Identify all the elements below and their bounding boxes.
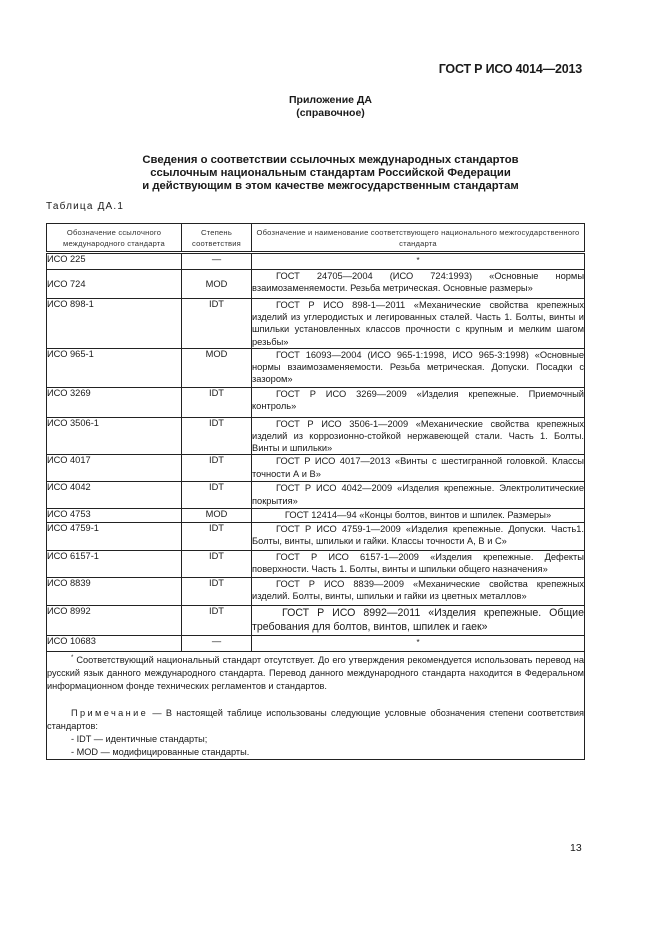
footnote-mark: *	[71, 655, 73, 661]
iso-cell: ИСО 3506-1	[47, 417, 182, 455]
iso-cell: ИСО 724	[47, 270, 182, 299]
table-row: ИСО 3506-1 IDT ГОСТ Р ИСО 3506-1—2009 «М…	[47, 417, 585, 455]
table-row: ИСО 225 — *	[47, 253, 585, 270]
iso-cell: ИСО 4759-1	[47, 522, 182, 550]
iso-cell: ИСО 8839	[47, 577, 182, 605]
column-header-degree: Степень соответствия	[182, 224, 252, 253]
table-row: ИСО 898-1 IDT ГОСТ Р ИСО 898-1—2011 «Мех…	[47, 299, 585, 349]
table-row: ИСО 4017 IDT ГОСТ Р ИСО 4017—2013 «Винты…	[47, 455, 585, 482]
degree-cell: MOD	[182, 348, 252, 387]
iso-cell: ИСО 965-1	[47, 348, 182, 387]
footnote-text: Соответствующий национальный стандарт от…	[47, 655, 584, 691]
iso-cell: ИСО 3269	[47, 387, 182, 417]
iso-cell: ИСО 8992	[47, 605, 182, 635]
legend-item-idt: - IDT — идентичные стандарты;	[47, 733, 584, 746]
degree-cell: IDT	[182, 387, 252, 417]
national-cell: ГОСТ Р ИСО 6157-1—2009 «Изделия крепежны…	[252, 550, 585, 577]
iso-cell: ИСО 4042	[47, 482, 182, 509]
table-row: ИСО 6157-1 IDT ГОСТ Р ИСО 6157-1—2009 «И…	[47, 550, 585, 577]
national-cell: ГОСТ 16093—2004 (ИСО 965-1:1998, ИСО 965…	[252, 348, 585, 387]
table-row: ИСО 3269 IDT ГОСТ Р ИСО 3269—2009 «Издел…	[47, 387, 585, 417]
degree-cell: IDT	[182, 605, 252, 635]
degree-cell: MOD	[182, 270, 252, 299]
national-cell: ГОСТ Р ИСО 898-1—2011 «Механические свой…	[252, 299, 585, 349]
title-line: и действующим в этом качестве межгосудар…	[0, 180, 661, 193]
national-cell: ГОСТ Р ИСО 3506-1—2009 «Механические сво…	[252, 417, 585, 455]
annex-heading: Приложение ДА (справочное)	[0, 94, 661, 120]
iso-cell: ИСО 4017	[47, 455, 182, 482]
national-cell: ГОСТ Р ИСО 4759-1—2009 «Изделия крепежны…	[252, 522, 585, 550]
degree-cell: IDT	[182, 577, 252, 605]
column-header-national: Обозначение и наименование соответствующ…	[252, 224, 585, 253]
note-label: Примечание	[71, 708, 148, 718]
table-label: Таблица ДА.1	[46, 201, 124, 212]
degree-cell: IDT	[182, 550, 252, 577]
degree-cell: MOD	[182, 509, 252, 522]
degree-cell: IDT	[182, 455, 252, 482]
national-cell: ГОСТ 24705—2004 (ИСО 724:1993) «Основные…	[252, 270, 585, 299]
national-cell: *	[252, 253, 585, 270]
table-row: ИСО 4759-1 IDT ГОСТ Р ИСО 4759-1—2009 «И…	[47, 522, 585, 550]
table-row: ИСО 4753 MOD ГОСТ 12414—94 «Концы болтов…	[47, 509, 585, 522]
footnote: * Соответствующий национальный стандарт …	[47, 652, 584, 693]
iso-cell: ИСО 898-1	[47, 299, 182, 349]
degree-cell: —	[182, 635, 252, 651]
note: Примечание — В настоящей таблице использ…	[47, 707, 584, 733]
national-cell: *	[252, 635, 585, 651]
annex-title: Приложение ДА	[0, 94, 661, 107]
title-line: ссылочным национальным стандартам Россий…	[0, 167, 661, 180]
section-title: Сведения о соответствии ссылочных междун…	[0, 154, 661, 193]
page-number: 13	[570, 842, 582, 854]
degree-cell: IDT	[182, 522, 252, 550]
table-row: ИСО 8992 IDT ГОСТ Р ИСО 8992—2011 «Издел…	[47, 605, 585, 635]
title-line: Сведения о соответствии ссылочных междун…	[0, 154, 661, 167]
national-cell: ГОСТ Р ИСО 8839—2009 «Механические свойс…	[252, 577, 585, 605]
correspondence-table: Обозначение ссылочного международного ст…	[46, 223, 585, 760]
degree-cell: IDT	[182, 482, 252, 509]
iso-cell: ИСО 10683	[47, 635, 182, 651]
document-code: ГОСТ Р ИСО 4014—2013	[439, 62, 582, 76]
column-header-iso: Обозначение ссылочного международного ст…	[47, 224, 182, 253]
table-row: ИСО 4042 IDT ГОСТ Р ИСО 4042—2009 «Издел…	[47, 482, 585, 509]
national-cell: ГОСТ Р ИСО 8992—2011 «Изделия крепежные.…	[252, 605, 585, 635]
degree-cell: —	[182, 253, 252, 270]
iso-cell: ИСО 225	[47, 253, 182, 270]
iso-cell: ИСО 4753	[47, 509, 182, 522]
national-cell: ГОСТ Р ИСО 4042—2009 «Изделия крепежные.…	[252, 482, 585, 509]
table-row: ИСО 965-1 MOD ГОСТ 16093—2004 (ИСО 965-1…	[47, 348, 585, 387]
table-row: ИСО 8839 IDT ГОСТ Р ИСО 8839—2009 «Механ…	[47, 577, 585, 605]
national-cell: ГОСТ 12414—94 «Концы болтов, винтов и шп…	[252, 509, 585, 522]
table-footer: * Соответствующий национальный стандарт …	[47, 651, 585, 759]
degree-cell: IDT	[182, 299, 252, 349]
national-cell: ГОСТ Р ИСО 3269—2009 «Изделия крепежные.…	[252, 387, 585, 417]
table-row: ИСО 724 MOD ГОСТ 24705—2004 (ИСО 724:199…	[47, 270, 585, 299]
table-row: ИСО 10683 — *	[47, 635, 585, 651]
iso-cell: ИСО 6157-1	[47, 550, 182, 577]
table-footer-row: * Соответствующий национальный стандарт …	[47, 651, 585, 759]
table-header-row: Обозначение ссылочного международного ст…	[47, 224, 585, 253]
legend-item-mod: - MOD — модифицированные стандарты.	[47, 746, 584, 759]
national-cell: ГОСТ Р ИСО 4017—2013 «Винты с шестигранн…	[252, 455, 585, 482]
annex-subtitle: (справочное)	[0, 107, 661, 120]
degree-cell: IDT	[182, 417, 252, 455]
